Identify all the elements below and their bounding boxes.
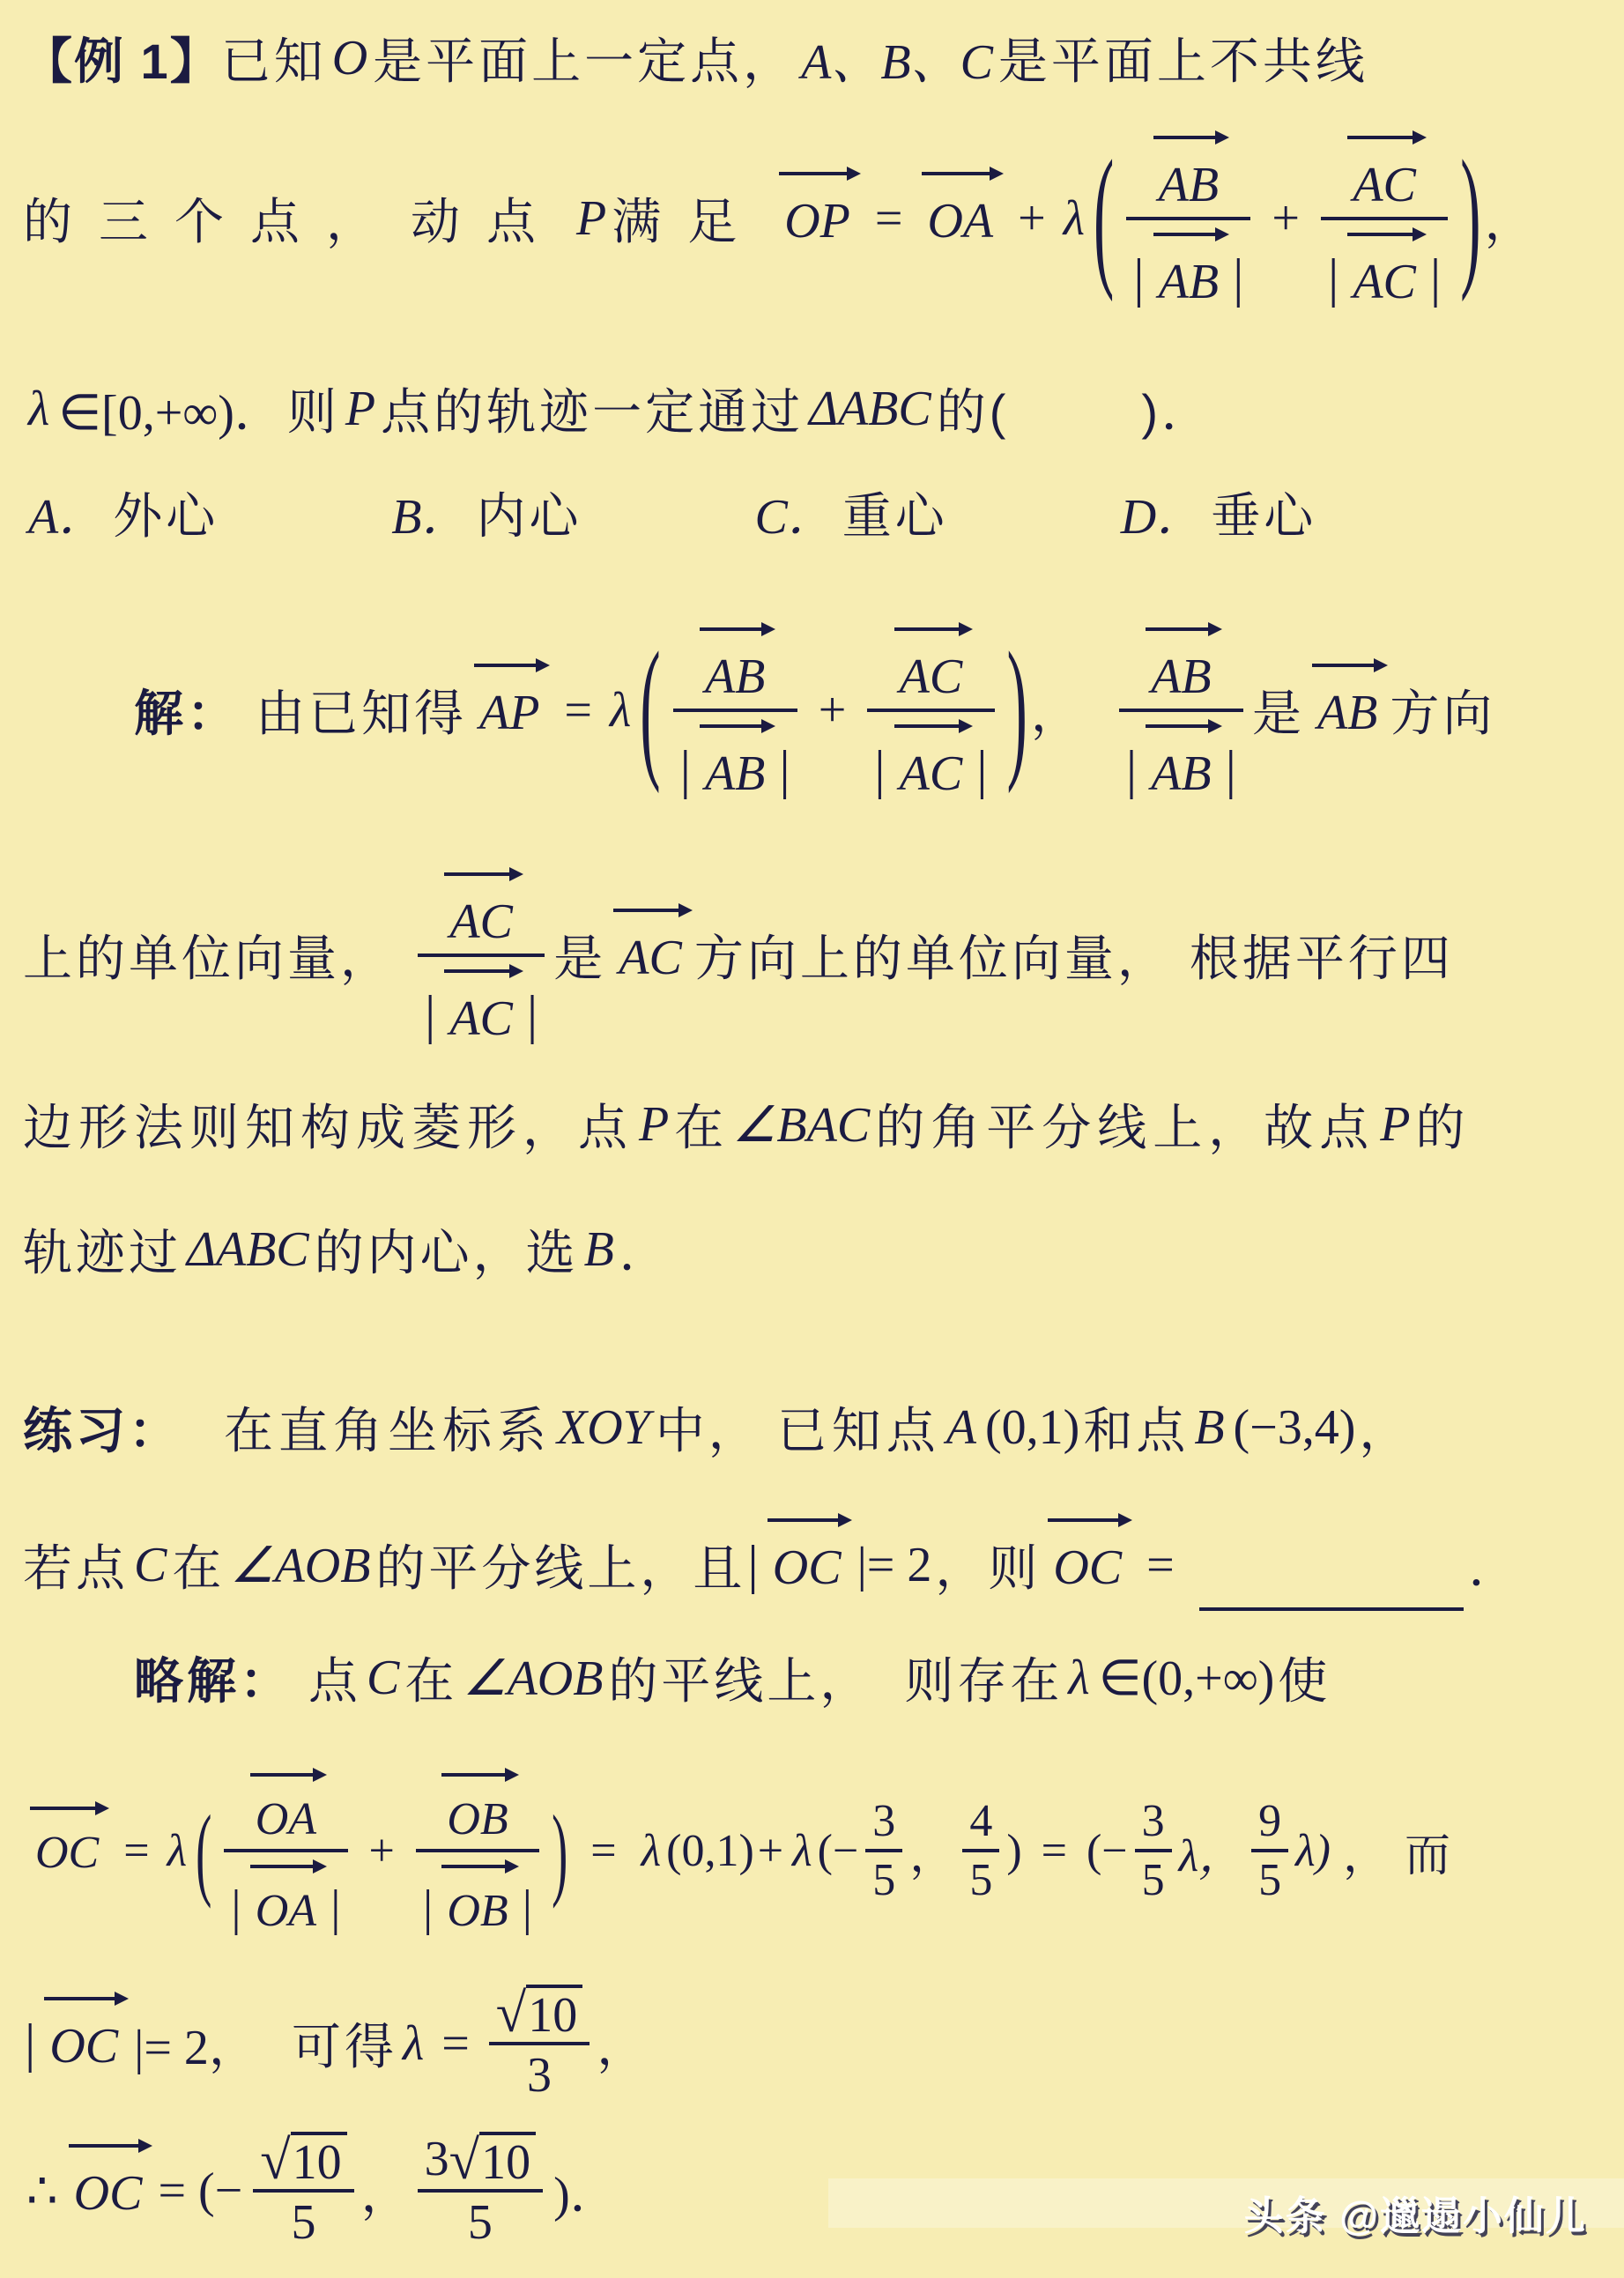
vector-arrow-icon — [1312, 664, 1376, 667]
math-token: AB — [1146, 746, 1216, 801]
math-token: λ — [636, 1825, 667, 1877]
vector-arrow-icon — [441, 1865, 506, 1868]
cn-text: ． — [619, 1214, 672, 1285]
abs-bar: | — [1131, 248, 1146, 310]
math-token: OC — [1048, 1540, 1127, 1595]
vector: OP — [772, 163, 863, 249]
vector: OC — [62, 2135, 155, 2222]
cn-text: 是平面上一定点， — [373, 23, 796, 93]
fraction-denominator: |AB| — [1126, 224, 1250, 310]
math-token: OA — [250, 1886, 322, 1936]
math-token: AC — [1347, 158, 1421, 212]
option-d-label: D． — [1116, 478, 1211, 548]
cn-text: 则存在 — [904, 1643, 1063, 1713]
math-token: = — [1134, 1537, 1187, 1593]
line-options: A． 外心 B． 内心 C． 重心 D． 垂心 — [23, 478, 1601, 548]
math-token: = — [1022, 1825, 1086, 1877]
vector-arrow-icon — [250, 1773, 315, 1777]
vector-arrow-icon — [922, 172, 991, 175]
math-token: ΔABC — [804, 381, 937, 437]
math-token: (− — [1086, 1825, 1128, 1877]
fraction-unit-vector: AB |AB| — [1119, 619, 1243, 802]
fraction-numerator: AB — [1141, 127, 1236, 213]
fraction: √10 5 — [253, 2132, 353, 2251]
vector-arrow-icon — [444, 969, 511, 973]
fraction-numerator: AC — [882, 619, 981, 705]
cn-text: 边形法则知构成菱形，点 — [23, 1089, 634, 1160]
math-token: (0,1) — [666, 1825, 754, 1877]
sqrt: √10 — [260, 2132, 346, 2187]
cn-text: 的内心，选 — [315, 1214, 579, 1285]
math-token: = — [863, 190, 916, 247]
abs-bar: | — [872, 739, 886, 802]
math-token: AP — [474, 686, 545, 740]
option-c-label: C． — [749, 478, 842, 548]
math-token: )． — [550, 2156, 623, 2226]
cn-text: 满足 — [612, 183, 763, 254]
fraction-denominator: 5 — [962, 1854, 999, 1906]
cn-text: 在 — [674, 1089, 727, 1160]
math-token: AC — [894, 746, 968, 801]
fraction-unit-vector: OA |OA| — [224, 1764, 347, 1937]
cn-text: 的三个点， — [23, 183, 402, 254]
vector: AB — [693, 619, 777, 705]
math-token: OA — [922, 194, 998, 249]
line-problem-2: 的三个点， 动点 P 满足 OP = OA + λ ( AB |AB| + AC… — [23, 108, 1601, 330]
radicand: 10 — [479, 2132, 536, 2187]
vector: AB — [1146, 224, 1231, 310]
math-token: λ — [787, 1825, 818, 1877]
math-token: OB — [441, 1794, 513, 1844]
fraction-numerator: AB — [1133, 619, 1228, 705]
fraction-numerator: 3√10 — [418, 2131, 543, 2187]
abs-bar: | — [423, 984, 437, 1047]
vector: OB — [434, 1856, 520, 1937]
cn-text: ， — [597, 2008, 649, 2079]
math-token: + — [357, 1825, 407, 1877]
math-token: = — [429, 2015, 482, 2072]
vector-arrow-icon — [1146, 724, 1209, 728]
line-practice-2: 若点 C 在 ∠AOB 的平分线上，且 | OC |= 2 ，则 OC = ． — [23, 1512, 1601, 1618]
fraction: √10 3 — [489, 1985, 590, 2104]
math-token: λ) — [1295, 1825, 1331, 1877]
vector-arrow-icon — [894, 724, 961, 728]
solution-label: 解： — [134, 675, 240, 746]
math-token: |= 2 — [854, 1537, 936, 1593]
fraction-unit-vector: AB |AB| — [673, 619, 797, 802]
cn-text: 是 — [553, 920, 606, 991]
line-problem-3: λ ∈[0,+∞)． 则 P 点的轨迹一定通过 ΔABC 的( )． — [23, 374, 1601, 444]
fraction-denominator: |AC| — [1321, 224, 1448, 310]
math-token: OB — [441, 1886, 513, 1936]
vector: OC — [760, 1510, 854, 1596]
math-token: AC — [1347, 255, 1421, 309]
math-token: + — [754, 1825, 787, 1877]
abs-bar: | — [975, 739, 989, 802]
vector: OA — [915, 163, 1005, 249]
cn-text: ， — [1485, 183, 1538, 254]
math-token: O — [327, 30, 373, 86]
math-token: P — [571, 190, 612, 247]
math-token: OC — [30, 1828, 104, 1878]
cn-text: 已知 — [221, 23, 327, 93]
fraction-numerator: AC — [432, 864, 530, 950]
big-paren-open: ( — [1094, 129, 1114, 308]
big-paren-close: ) — [1460, 129, 1480, 308]
abs-bar: | — [745, 1534, 760, 1597]
math-token: ， — [361, 2156, 411, 2226]
vector-arrow-icon — [1153, 136, 1217, 139]
math-token: ∠BAC — [727, 1096, 875, 1154]
vector: AB — [1138, 716, 1223, 802]
fraction-unit-vector: AC |AC| — [418, 864, 545, 1047]
practice-label: 练习： — [23, 1392, 182, 1463]
math-token: + — [806, 682, 859, 738]
vector: AC — [887, 716, 975, 802]
fraction-bar — [865, 1849, 902, 1852]
therefore-symbol: ∴ — [23, 2163, 62, 2220]
fraction-denominator: |OB| — [416, 1856, 539, 1937]
cn-text: 的平线上， — [608, 1643, 872, 1713]
line-brief-solution-3: | OC |= 2， 可得 λ = √10 3 ， — [23, 1969, 1601, 2118]
vector-arrow-icon — [700, 627, 763, 631]
big-paren-close: ) — [552, 1791, 567, 1910]
cn-text: 中， — [656, 1392, 761, 1463]
fraction-bar — [1251, 1849, 1288, 1852]
math-token: = (− — [154, 2163, 246, 2219]
line-solution-4: 轨迹过 ΔABC 的内心，选 B ． — [23, 1214, 1601, 1285]
math-token: AB — [1312, 686, 1383, 740]
math-token: 3 — [425, 2131, 449, 2187]
cn-text: 方向 — [1390, 675, 1495, 746]
line-solution-2: 上的单位向量， AC |AC| 是 AC 方向上的单位向量， 根据平行四 — [23, 848, 1601, 1063]
cn-text: 在直角坐标系 — [224, 1392, 552, 1463]
fraction-denominator: 3 — [520, 2047, 559, 2104]
math-token: |= 2， — [130, 2008, 262, 2079]
vector-arrow-icon — [768, 1518, 840, 1522]
math-token: AC — [444, 991, 518, 1046]
abs-bar: | — [329, 1880, 342, 1937]
vector: AC — [437, 961, 525, 1047]
cn-text: 点的轨迹一定通过 — [381, 374, 804, 444]
cn-text: 可得 — [292, 2008, 397, 2079]
fraction-denominator: 5 — [284, 2194, 323, 2251]
fraction-numerator: √10 — [253, 2132, 353, 2187]
radical-icon: √ — [496, 1985, 526, 2041]
vector: AC — [606, 900, 694, 986]
fraction-numerator: AB — [687, 619, 782, 705]
brief-solution-label: 略解： — [134, 1643, 293, 1713]
line-solution-1: 解： 由已知得 AP = λ ( AB |AB| + AC |AC| ) ， A… — [23, 578, 1601, 842]
fraction-unit-vector: OB |OB| — [416, 1764, 539, 1937]
vector: OA — [243, 1764, 329, 1845]
math-token: + — [1005, 190, 1058, 247]
math-token: = — [552, 682, 604, 738]
math-token: AC — [444, 894, 518, 949]
blank-line — [1199, 1567, 1464, 1611]
vector: AC — [437, 864, 525, 950]
math-token: λ — [604, 682, 636, 738]
cn-text: 使 — [1278, 1643, 1331, 1713]
math-token: AB — [700, 649, 770, 704]
math-token: AB — [700, 746, 770, 801]
math-token: OP — [779, 194, 856, 249]
vector: AB — [693, 716, 777, 802]
cn-text: 在 — [404, 1643, 457, 1713]
line-brief-solution-2: OC = λ ( OA |OA| + OB |OB| ) = λ(0,1)+λ(… — [23, 1736, 1601, 1965]
math-token: C — [361, 1650, 404, 1706]
cn-text: 是平面上不共线 — [998, 23, 1368, 93]
vector: OC — [37, 1988, 130, 2074]
fraction-denominator: 5 — [865, 1854, 902, 1906]
abs-bar: | — [521, 1880, 534, 1937]
math-token: AB — [1146, 649, 1216, 704]
option-a-text: 外心 — [113, 478, 219, 548]
math-token: λ — [1058, 190, 1090, 247]
vector-arrow-icon — [1048, 1518, 1120, 1522]
fraction-bar — [418, 2189, 543, 2193]
fraction-denominator: |AB| — [673, 716, 797, 802]
line-brief-solution-1: 略解： 点 C 在 ∠AOB 的平线上， 则存在 λ ∈(0,+∞) 使 — [23, 1643, 1601, 1713]
vector-arrow-icon — [30, 1807, 97, 1810]
fraction: 35 — [865, 1795, 902, 1906]
cn-text: 的 — [1415, 1089, 1468, 1160]
math-token: λ — [23, 381, 55, 437]
option-b-text: 内心 — [476, 478, 582, 548]
vector: OB — [434, 1764, 520, 1845]
cn-text: 根据平行四 — [1190, 920, 1454, 991]
vector-arrow-icon — [894, 627, 961, 631]
math-token: AC — [894, 649, 968, 704]
fraction-denominator: |OA| — [224, 1856, 347, 1937]
cn-text: 点 — [308, 1643, 361, 1713]
cn-text: 已知点 — [777, 1392, 941, 1463]
fraction-denominator: 5 — [1135, 1854, 1172, 1906]
vector: AB — [1138, 619, 1223, 705]
fraction-numerator: 3 — [1135, 1795, 1172, 1847]
cn-text: 动点 — [411, 183, 562, 254]
vector-arrow-icon — [779, 172, 849, 175]
vector: OA — [243, 1856, 329, 1937]
fraction-numerator: AC — [1335, 127, 1434, 213]
fraction-bar — [418, 953, 545, 957]
math-token: A — [941, 1399, 982, 1456]
fraction-bar — [416, 1849, 539, 1852]
math-token: P — [634, 1096, 674, 1153]
vector: AC — [887, 619, 975, 705]
fraction-numerator: 4 — [962, 1795, 999, 1847]
line-solution-3: 边形法则知构成菱形，点 P 在 ∠BAC 的角平分线上，故点 P 的 — [23, 1089, 1601, 1160]
math-token: OC — [44, 2019, 123, 2074]
abs-bar: | — [1124, 739, 1138, 802]
line-practice-1: 练习： 在直角坐标系 XOY 中， 已知点 A(0,1) 和点 B(−3,4) … — [23, 1392, 1601, 1463]
cn-text: )． — [1141, 374, 1214, 444]
vector: AB — [1305, 655, 1390, 741]
fraction-bar — [1119, 709, 1243, 712]
abs-bar: | — [679, 739, 693, 802]
cn-text: 的平分线上，且 — [375, 1530, 745, 1600]
fraction-bar — [673, 709, 797, 712]
fraction-bar — [224, 1849, 347, 1852]
abs-bar: | — [777, 739, 791, 802]
vector-arrow-icon — [1347, 136, 1414, 139]
cn-text: 上的单位向量， — [23, 920, 393, 991]
abs-bar: | — [421, 1880, 434, 1937]
vector-arrow-icon — [444, 872, 511, 876]
cn-text: ， — [1343, 1818, 1392, 1884]
vector-arrow-icon — [44, 1997, 116, 2000]
cn-text: 则 — [287, 374, 340, 444]
math-token: AB — [1153, 255, 1224, 309]
vector-arrow-icon — [69, 2144, 141, 2148]
math-token: + — [1259, 190, 1312, 247]
abs-bar: | — [1224, 739, 1238, 802]
math-token: AB — [1153, 158, 1224, 212]
math-token: = — [571, 1825, 635, 1877]
math-token: = — [111, 1825, 161, 1877]
watermark: 头条 @邋遢小仙儿 — [1244, 2184, 1587, 2241]
math-token: ∠AOB — [457, 1650, 608, 1707]
vector-arrow-icon — [1347, 233, 1414, 236]
cn-text: 由已知得 — [256, 675, 467, 746]
abs-bar: | — [1231, 248, 1245, 310]
fraction-unit-vector: AC |AC| — [867, 619, 994, 802]
example-label: 【例 1】 — [23, 23, 221, 93]
vector-arrow-icon — [474, 664, 538, 667]
math-token: P — [340, 381, 381, 437]
fraction: 45 — [962, 1795, 999, 1906]
radical-icon: √ — [449, 2133, 479, 2188]
fraction-bar — [1126, 217, 1250, 220]
fraction-numerator: √10 — [489, 1985, 590, 2040]
math-token: ΔABC — [182, 1221, 315, 1278]
math-token: λ — [397, 2015, 429, 2072]
vector-arrow-icon — [1153, 233, 1217, 236]
cn-text: 而 — [1405, 1818, 1454, 1884]
math-token: XOY — [552, 1399, 656, 1456]
math-token: AC — [613, 931, 687, 985]
fraction-numerator: OB — [429, 1764, 525, 1845]
fraction-bar — [962, 1849, 999, 1852]
vector: AC — [1340, 224, 1428, 310]
math-token: ∈(0,+∞) — [1095, 1650, 1279, 1707]
vector: AB — [1146, 127, 1231, 213]
math-token: (−3,4) — [1230, 1399, 1360, 1456]
math-token: B — [579, 1221, 619, 1278]
math-token: P — [1375, 1096, 1415, 1153]
document-page: 【例 1】 已知 O 是平面上一定点， A、B、C 是平面上不共线 的三个点， … — [0, 0, 1624, 2278]
sqrt: √10 — [449, 2132, 536, 2187]
vector-arrow-icon — [441, 1773, 506, 1777]
fraction: 3√10 5 — [418, 2131, 543, 2251]
fraction-denominator: |AB| — [1119, 716, 1243, 802]
math-token: ， — [909, 1818, 955, 1884]
fraction-bar — [1321, 217, 1448, 220]
fraction-bar — [1135, 1849, 1172, 1852]
fraction-numerator: 3 — [865, 1795, 902, 1847]
fraction-denominator: |AC| — [867, 716, 994, 802]
abs-bar: | — [525, 984, 539, 1047]
fraction-denominator: 5 — [461, 2194, 500, 2251]
vector: OC — [23, 1798, 111, 1879]
fraction-unit-vector: AB |AB| — [1126, 127, 1250, 310]
cn-text: 若点 — [23, 1530, 129, 1600]
math-token: OC — [69, 2166, 148, 2221]
cn-text: 和点 — [1083, 1392, 1189, 1463]
vector-arrow-icon — [1146, 627, 1209, 631]
vector: AP — [467, 655, 552, 741]
cn-text: ， — [1031, 675, 1084, 746]
cn-text: 轨迹过 — [23, 1214, 182, 1285]
cn-text: ， — [1359, 1392, 1412, 1463]
math-token: OC — [768, 1540, 847, 1595]
fraction-numerator: 9 — [1251, 1795, 1288, 1847]
big-paren-open: ( — [640, 620, 660, 800]
vector-arrow-icon — [613, 909, 680, 912]
math-token: OA — [250, 1794, 322, 1844]
math-token: λ， — [1179, 1818, 1245, 1884]
vector: AC — [1340, 127, 1428, 213]
fraction-denominator: 5 — [1251, 1854, 1288, 1906]
big-paren-open: ( — [196, 1791, 211, 1910]
fraction-bar — [867, 709, 994, 712]
abs-bar: | — [1326, 248, 1340, 310]
math-token: A、B、C — [796, 23, 998, 93]
cn-text: 在 — [172, 1530, 225, 1600]
vector: OC — [1041, 1510, 1134, 1596]
math-token: (− — [818, 1825, 859, 1877]
math-token: λ — [1063, 1650, 1094, 1706]
cn-text: 方向上的单位向量， — [694, 920, 1170, 991]
radical-icon: √ — [260, 2133, 290, 2188]
math-token: ∈[0,+∞)． — [55, 374, 287, 444]
line-problem-1: 【例 1】 已知 O 是平面上一定点， A、B、C 是平面上不共线 — [23, 23, 1601, 93]
abs-bar: | — [229, 1880, 242, 1937]
fraction-unit-vector: AC |AC| — [1321, 127, 1448, 310]
cn-text: 的( — [937, 374, 1010, 444]
option-a-label: A． — [23, 478, 113, 548]
option-d-text: 垂心 — [1211, 478, 1316, 548]
abs-bar: | — [23, 2013, 37, 2075]
math-token: ∠AOB — [225, 1537, 375, 1594]
fraction: 95 — [1251, 1795, 1288, 1906]
math-token: C — [129, 1537, 172, 1593]
fraction-denominator: |AC| — [418, 961, 545, 1047]
math-token: B — [1189, 1399, 1229, 1456]
cn-text: 的角平分线上，故点 — [875, 1089, 1375, 1160]
math-token: ) — [1006, 1825, 1021, 1877]
vector-arrow-icon — [250, 1865, 315, 1868]
option-b-label: B． — [386, 478, 476, 548]
big-paren-close: ) — [1007, 620, 1027, 800]
fraction-numerator: OA — [238, 1764, 334, 1845]
radicand: 10 — [291, 2132, 347, 2187]
abs-bar: | — [1428, 248, 1442, 310]
sqrt: √10 — [496, 1985, 582, 2040]
option-c-text: 重心 — [842, 478, 948, 548]
vector-arrow-icon — [700, 724, 763, 728]
math-token: λ — [162, 1825, 193, 1877]
cn-text: ． — [1469, 1530, 1522, 1600]
radicand: 10 — [526, 1985, 582, 2040]
math-token: (0,1) — [982, 1399, 1083, 1456]
cn-text: ，则 — [935, 1530, 1041, 1600]
fraction: 35 — [1135, 1795, 1172, 1906]
cn-text: 是 — [1252, 675, 1305, 746]
